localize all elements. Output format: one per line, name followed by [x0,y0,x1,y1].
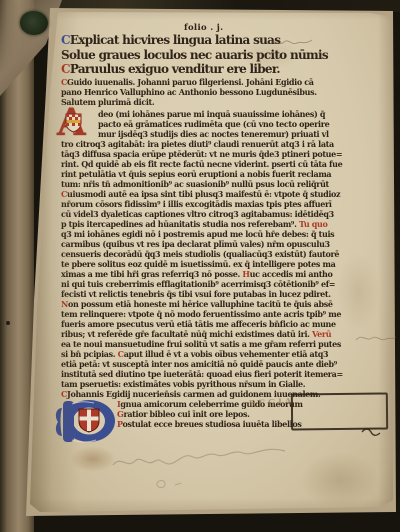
text-segment: on possum etiā honeste mi hērice valluph… [68,299,333,309]
pencil-inscription [105,447,295,492]
text-segment: aput illud ē vt a vobis oībus vehementer… [124,349,328,359]
text-segment: etiā petā: vt susceptā inter nos amiciti… [61,359,337,369]
text-line: fueris amore psecutus verū etiā tātis me… [61,319,343,329]
text-segment: tro citroq3 agitabāt: ira pietes diuti⁹ … [61,139,334,149]
text-segment: ostulat ecce breues studiosa iuuēta libe… [122,419,301,429]
text-line: Gratior bibleo cui īnit ore lepos. [117,409,303,419]
text-segment: Explicat hicvires lingua latina suas [70,33,280,47]
text-segment: si bn̄ pcipias. [61,349,118,359]
text-segment: rint petulātia vt q̄uis sepius eorū erup… [61,169,331,179]
text-line: tro citroq3 agitabāt: ira pietes diuti⁹ … [61,139,343,149]
text-segment: ximas a me tibi hr̄i gras referriq3 nō p… [61,269,242,279]
text-line: institutā sed diutino tpe iueterātā: quo… [61,369,343,379]
text-line: censueris decorādū q̄q3 meis studiolis (… [61,249,343,259]
text-segment: ea te noui mansuetudine frui solitū vt s… [61,339,341,349]
text-segment: nr̄orum cōsors fidissim⁹ i illis excogit… [61,199,332,209]
text-line: te pbere solitus eoz quidē m isuetissimū… [61,259,343,269]
text-line: q3 mi iohānes egidi nō i postremis apud … [61,229,343,239]
text-segment: Guido iuuenalis. Johanni paruo filgerien… [67,77,314,87]
text-segment: deo (mi iohānes parue mi inquā suauissim… [98,109,325,119]
edge-speck [6,321,10,325]
text-segment: cū videl3 dyaleticas captiones vltro cit… [61,209,334,219]
text-segment: tam pseruetis: existimātes vobis pyritho… [61,379,305,389]
text-line: fecisti vt relictis tenebris q̄s tibi vs… [61,289,343,299]
text-line: deo (mi iohānes parue mi inquā suauissim… [98,109,343,119]
ink-flourish [360,426,382,438]
text-line: rint. Qd quidē ab eis fit recte factū ne… [61,159,343,169]
text-line: Cuiusmodi autē ea ipsa sint tibi plusq3 … [61,189,343,199]
folio-number: folio . j. [184,23,223,33]
ink-frame [291,392,388,430]
text-segment: te pbere solitus eoz quidē m isuetissimū… [61,259,335,269]
text-segment: rint. Qd quidē ab eis fit recte factū ne… [61,159,342,169]
text-line: pano Henrico Valluphino ac Anthonio bess… [61,87,317,97]
text-segment: Tu quo [299,219,327,229]
text-line: tum: nr̄is tn̄ admonitionib⁹ ac suasioni… [61,179,343,189]
text-segment: Solue graues loculos nec auaris pcito nū… [61,48,328,62]
text-line: Non possum etiā honeste mi hērice vallup… [61,299,343,309]
text-segment: uc accedis mi antho [250,269,333,279]
text-segment: tāq3 diffusa spacia erūpe ptēderūt: vt n… [61,149,342,159]
text-line: ribus; vt referēde gr̄e facultatē nūq̄ m… [61,329,343,339]
text-line: tam pseruetis: existimātes vobis pyritho… [61,379,343,389]
text-segment: H [242,269,249,279]
text-segment: pano Henrico Valluphino ac Anthonio bess… [61,87,317,97]
text-line: ni qui tuis creberrimis efflagitationib⁹… [61,279,343,289]
body-text: deo (mi iohānes parue mi inquā suauissim… [61,109,343,389]
text-segment: C [61,33,70,47]
text-line: carmibus (quibus vt res ipa declarat plī… [61,239,343,249]
text-segment: institutā sed diutino tpe iueterātā: quo… [61,369,343,379]
text-line: ximas a me tibi hr̄i gras referriq3 nō p… [61,269,343,279]
text-segment: carmibus (quibus vt res ipa declarat plī… [61,239,330,249]
dedication-text: CGuido iuuenalis. Johanni paruo filgerie… [61,77,317,107]
text-segment: Paruulus exiguo venditur ere liber. [70,62,280,76]
text-line: ea te noui mansuetudine frui solitū vt s… [61,339,343,349]
text-segment: tem relinquere: vtpote q̄ nō modo feruen… [61,309,341,319]
text-line: Postulat ecce breues studiosa iuuēta lib… [117,419,303,429]
text-line: Salutem plurimā dicit. [61,97,317,107]
text-segment: Verū [312,329,331,339]
text-segment: censueris decorādū q̄q3 meis studiolis (… [61,249,339,259]
book-photo: folio . j. CExplicat hicvires lingua lat… [0,0,400,532]
illuminated-initial-d [52,398,118,446]
text-segment: tum: nr̄is tn̄ admonitionib⁹ ac suasioni… [61,179,329,189]
text-line: nr̄orum cōsors fidissim⁹ i illis excogit… [61,199,343,209]
text-segment: ratior bibleo cui īnit ore lepos. [123,409,249,419]
text-line: si bn̄ pcipias. Caput illud ē vt a vobis… [61,349,343,359]
text-line: rint petulātia vt q̄uis sepius eorū erup… [61,169,343,179]
text-line: p tpis itercapedines ad hūanitatis studi… [61,219,343,229]
text-line: cū videl3 dyaleticas captiones vltro cit… [61,209,343,219]
text-segment: fecisti vt relictis tenebris q̄s tibi vs… [61,289,331,299]
text-segment: ni qui tuis creberrimis efflagitationib⁹… [61,279,335,289]
text-line: tem relinquere: vtpote q̄ nō modo feruen… [61,309,343,319]
text-segment: ribus; vt referēde gr̄e facultatē nūq̄ m… [61,329,312,339]
text-segment: q3 mi iohānes egidi nō i postremis apud … [61,229,334,239]
text-segment: p tpis itercapedines ad hūanitatis studi… [61,219,299,229]
marginalia-squiggle-top [268,35,314,49]
ink-blot-stamp [20,11,48,35]
text-line: CGuido iuuenalis. Johanni paruo filgerie… [61,77,317,87]
text-segment: C [61,62,70,76]
text-segment: fueris amore psecutus verū etiā tātis me… [61,319,336,329]
marginalia-squiggle-right [354,330,398,346]
text-segment: mur ijsdēq3 studijs dies ac noctes tener… [98,129,329,139]
text-line: etiā petā: vt susceptā inter nos amiciti… [61,359,343,369]
text-segment: pacto eā grāmatices rudimēta que (cū vno… [98,119,329,129]
text-line: mur ijsdēq3 studijs dies ac noctes tener… [98,129,343,139]
text-line: CParuulus exiguo venditur ere liber. [61,62,328,77]
text-line: Solue graues loculos nec auaris pcito nū… [61,48,328,63]
text-segment: N [61,299,68,309]
text-line: tāq3 diffusa spacia erūpe ptēderūt: vt n… [61,149,343,159]
text-line: pacto eā grāmatices rudimēta que (cū vno… [98,119,343,129]
text-segment: uiusmodi autē ea ipsa sint tibi plusq3 m… [67,189,340,199]
